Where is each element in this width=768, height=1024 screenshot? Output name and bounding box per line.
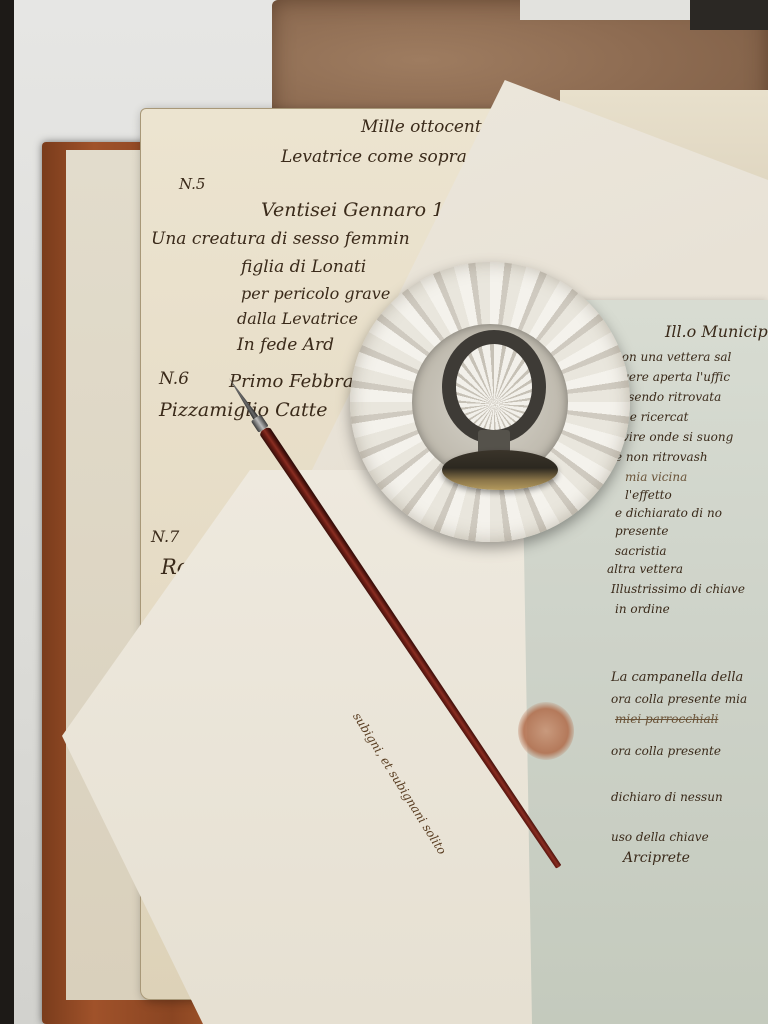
letter-line: sacristia xyxy=(615,544,667,558)
register-line: dalla Levatrice xyxy=(237,309,358,328)
inkwell-lid xyxy=(442,450,558,490)
register-line: N.5 xyxy=(179,175,205,193)
letter-line: Illustrissimo di chiave xyxy=(611,582,745,596)
folded-sheet-line: subigni, et subignani solito xyxy=(350,710,449,857)
register-line: In fede Ard xyxy=(237,335,334,355)
register-line: N.7 xyxy=(151,527,179,546)
letter-line: mia vicina xyxy=(625,470,687,484)
letter-line: La campanella della xyxy=(611,670,743,685)
paper-behind-cover xyxy=(520,0,695,20)
letter-line: con una vettera sal xyxy=(615,350,731,364)
dark-corner xyxy=(690,0,768,30)
register-line: N.6 xyxy=(159,369,189,389)
inkwell-metal-collar xyxy=(442,330,546,444)
register-line: figlia di Lonati xyxy=(241,257,366,277)
letter-line: in ordine xyxy=(615,602,670,616)
letter-line: presente xyxy=(615,524,668,538)
dark-edge xyxy=(0,0,14,1024)
letter-line: ora colla presente mia xyxy=(611,692,747,706)
letter-line: uso della chiave xyxy=(611,830,709,844)
letter-line: ora colla presente xyxy=(611,744,721,758)
letter-heading: Ill.o Municip xyxy=(665,322,768,341)
register-line: per pericolo grave xyxy=(241,284,390,303)
manuscript-scene: Mille ottocent Levatrice come sopra N.5 … xyxy=(0,0,768,1024)
letter-line: altra vettera xyxy=(607,562,683,576)
register-line: Mille ottocent xyxy=(361,117,482,137)
letter-line: dichiaro di nessun xyxy=(611,790,723,804)
wax-seal-stain xyxy=(518,702,574,760)
letter-line: avere aperta l'uffic xyxy=(615,370,730,384)
letter-line: miei parrocchiali xyxy=(615,712,718,726)
glass-inkwell xyxy=(350,262,630,542)
letter-line: l'effetto xyxy=(625,488,672,502)
letter-signature: Arciprete xyxy=(623,850,690,866)
letter-line: e dichiarato di no xyxy=(615,506,722,520)
letter-line: essendo ritrovata xyxy=(615,390,721,404)
letter-line: e non ritrovash xyxy=(615,450,708,464)
register-line: Una creatura di sesso femmin xyxy=(151,229,410,249)
register-line: Ventisei Gennaro 18 xyxy=(261,199,456,221)
letter-line: avire onde si suong xyxy=(615,430,733,444)
register-line: Levatrice come sopra xyxy=(281,147,467,167)
register-line: Primo Febbrar xyxy=(229,371,362,392)
